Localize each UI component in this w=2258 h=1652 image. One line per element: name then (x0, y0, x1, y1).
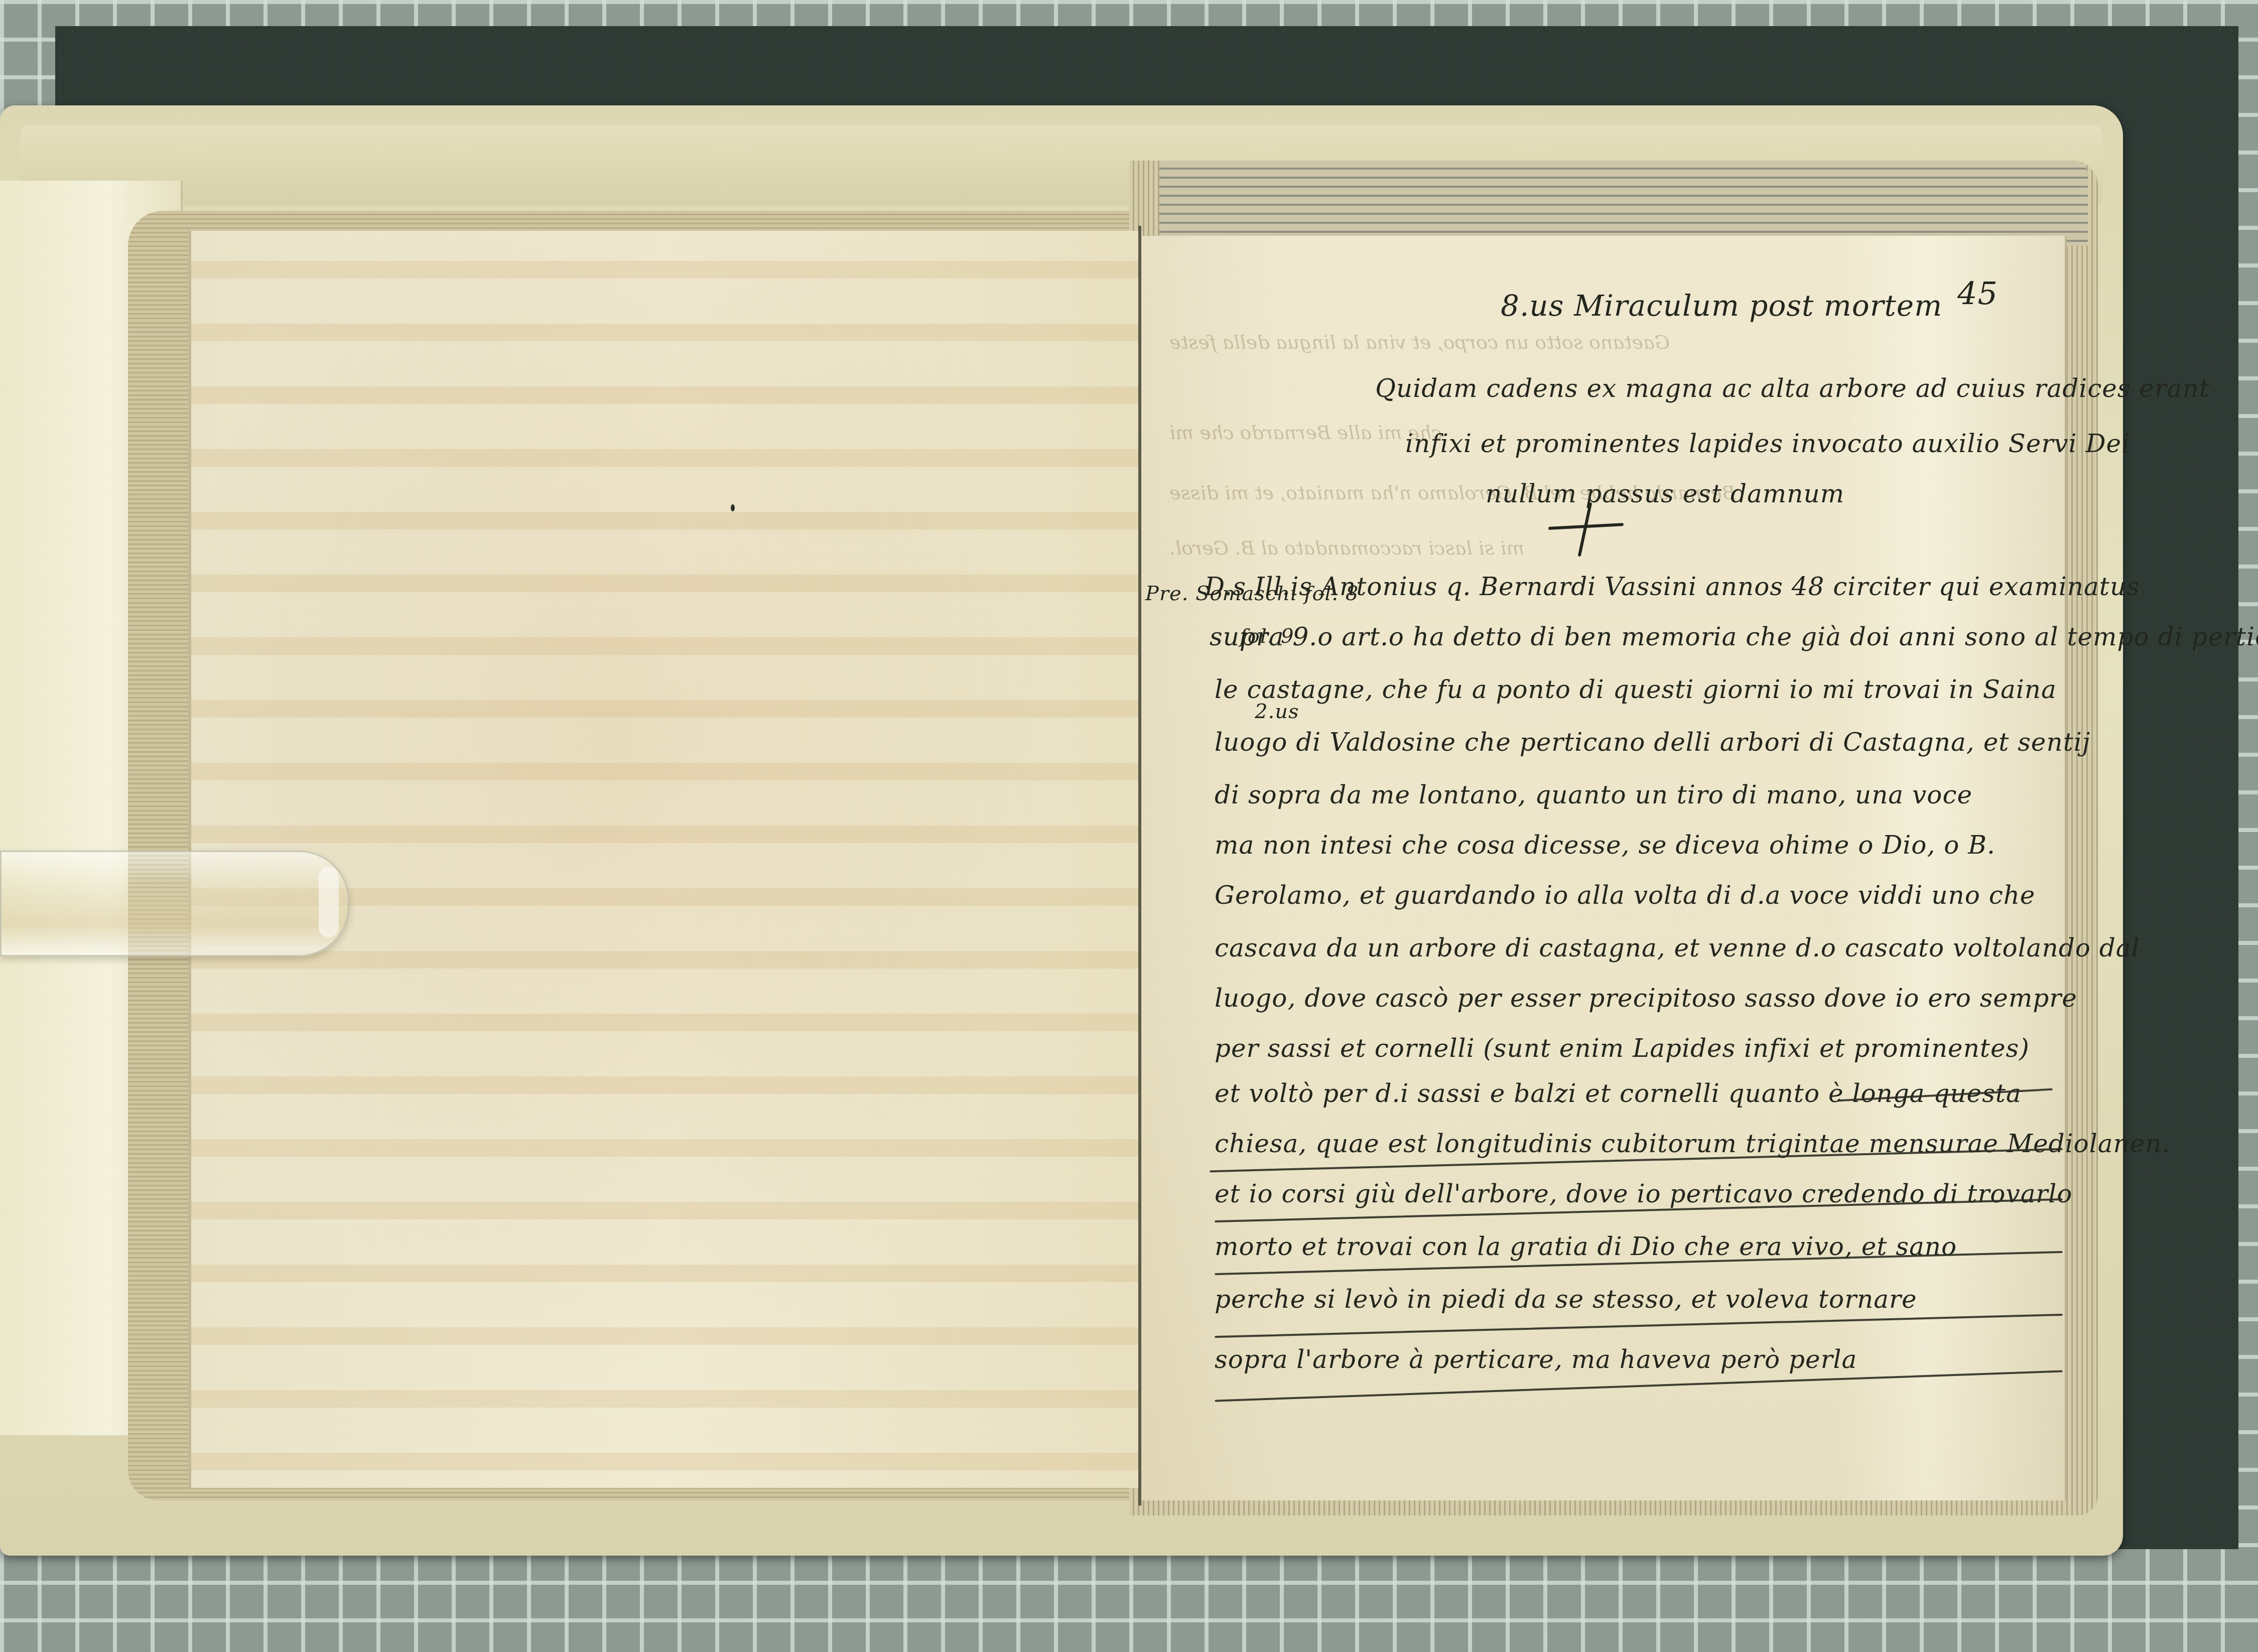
testimony-line: supra 9.o art.o ha detto di ben memoria … (1210, 622, 2258, 651)
left-page-blank (188, 231, 1142, 1488)
loose-leaves-stack (1159, 161, 2088, 246)
testimony-line: perche si levò in piedi da se stesso, et… (1215, 1285, 1917, 1314)
ink-spot (731, 504, 735, 511)
testimony-line: ma non intesi che cosa dicesse, se dicev… (1215, 831, 1996, 860)
testimony-line: luogo, dove cascò per esser precipitoso … (1215, 984, 2077, 1013)
folio-number: 45 (1957, 275, 1998, 312)
summary-line: Quidam cadens ex magna ac alta arbore ad… (1375, 374, 2210, 403)
testimony-line: cascava da un arbore di castagna, et ven… (1215, 933, 2140, 962)
testimony-line: le castagne, che fu a ponto di questi gi… (1215, 675, 2057, 704)
testimony-line: luogo di Valdosine che perticano delli a… (1215, 728, 2090, 757)
summary-line: nullum passus est damnum (1486, 479, 1844, 508)
glass-book-weight (0, 851, 349, 956)
testimony-line: D.s Ill.is Antonius q. Bernardi Vassini … (1205, 572, 2140, 601)
cross-icon (1548, 502, 1593, 557)
testimony-line: et io corsi giù dell'arbore, dove io per… (1215, 1179, 2072, 1208)
summary-line: infixi et prominentes lapides invocato a… (1405, 429, 2130, 458)
testimony-line: chiesa, quae est longitudinis cubitorum … (1215, 1129, 2170, 1158)
page-heading: 8.us Miraculum post mortem (1501, 289, 1942, 323)
testimony-line: sopra l'arbore à perticare, ma haveva pe… (1215, 1345, 1857, 1374)
testimony-line: et voltò per d.i sassi e balzi et cornel… (1215, 1079, 2022, 1108)
testimony-line: per sassi et cornelli (sunt enim Lapides… (1215, 1034, 2030, 1063)
testimony-line: Gerolamo, et guardando io alla volta di … (1215, 881, 2035, 910)
testimony-line: di sopra da me lontano, quanto un tiro d… (1215, 780, 1972, 809)
